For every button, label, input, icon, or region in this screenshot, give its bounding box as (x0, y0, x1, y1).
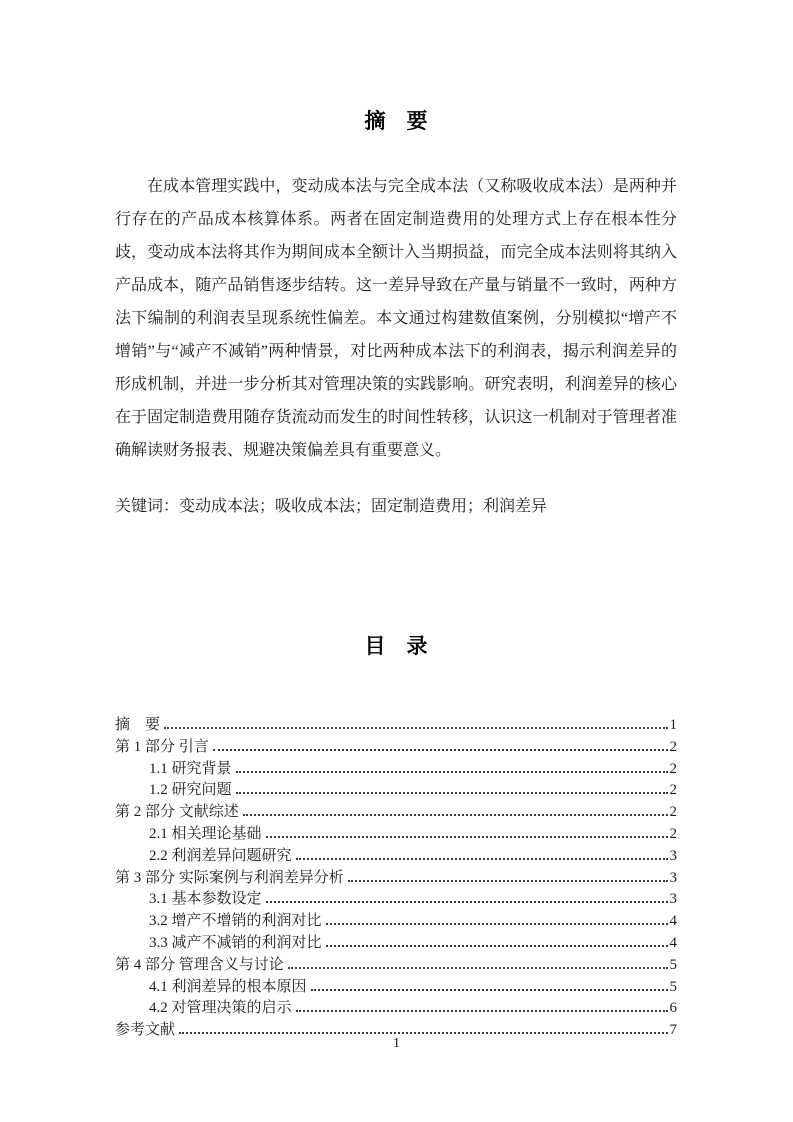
toc-entry-2-1: 2.1 相关理论基础 2 (115, 824, 677, 846)
toc-leader-dots (266, 836, 668, 838)
toc-entry-page: 2 (670, 737, 678, 759)
toc-entry-label: 4.1 利润差异的根本原因 (149, 977, 307, 999)
toc-leader-dots (296, 858, 668, 860)
toc-entry-page: 4 (670, 933, 678, 955)
toc-entry-2-2: 2.2 利润差异问题研究 3 (115, 846, 677, 868)
toc-entry-label: 3.2 增产不增销的利润对比 (149, 911, 322, 933)
toc-entry-label: 2.1 相关理论基础 (149, 824, 262, 846)
toc-entry-page: 3 (670, 868, 678, 890)
toc-entry-part2: 第 2 部分 文献综述 2 (115, 802, 677, 824)
toc-entry-label: 1.2 研究问题 (149, 780, 232, 802)
toc-title: 目 录 (115, 631, 677, 661)
toc-entry-page: 4 (670, 911, 678, 933)
toc-entry-1-1: 1.1 研究背景 2 (115, 759, 677, 781)
toc-entry-page: 5 (670, 977, 678, 999)
toc-entry-label: 2.2 利润差异问题研究 (149, 846, 292, 868)
toc-entry-part4: 第 4 部分 管理含义与讨论 5 (115, 955, 677, 977)
toc-leader-dots (326, 945, 668, 947)
abstract-paragraph: 在成本管理实践中，变动成本法与完全成本法（又称吸收成本法）是两种并行存在的产品成… (115, 170, 677, 467)
toc-entry-part3: 第 3 部分 实际案例与利润差异分析 3 (115, 868, 677, 890)
document-page: 摘 要 在成本管理实践中，变动成本法与完全成本法（又称吸收成本法）是两种并行存在… (0, 0, 793, 1122)
toc-leader-dots (311, 989, 668, 991)
toc-entry-1-2: 1.2 研究问题 2 (115, 780, 677, 802)
toc-entry-page: 5 (670, 955, 678, 977)
toc-list: 摘 要 1 第 1 部分 引言 2 1.1 研究背景 2 1.2 研究问题 2 … (115, 715, 677, 1042)
toc-entry-page: 2 (670, 780, 678, 802)
toc-entry-page: 2 (670, 759, 678, 781)
toc-entry-page: 3 (670, 846, 678, 868)
toc-entry-label: 3.1 基本参数设定 (149, 889, 262, 911)
toc-leader-dots (348, 880, 668, 882)
toc-entry-4-1: 4.1 利润差异的根本原因 5 (115, 977, 677, 999)
toc-entry-label: 第 1 部分 引言 (115, 737, 209, 759)
toc-entry-3-1: 3.1 基本参数设定 3 (115, 889, 677, 911)
toc-entry-page: 6 (670, 998, 678, 1020)
toc-leader-dots (288, 967, 668, 969)
toc-entry-part1: 第 1 部分 引言 2 (115, 737, 677, 759)
toc-entry-3-2: 3.2 增产不增销的利润对比 4 (115, 911, 677, 933)
toc-entry-label: 第 2 部分 文献综述 (115, 802, 239, 824)
toc-entry-page: 2 (670, 802, 678, 824)
toc-entry-label: 第 3 部分 实际案例与利润差异分析 (115, 868, 344, 890)
abstract-title: 摘 要 (115, 106, 677, 136)
toc-leader-dots (266, 901, 668, 903)
toc-leader-dots (236, 771, 668, 773)
toc-entry-page: 1 (670, 715, 678, 737)
toc-entry-page: 3 (670, 889, 678, 911)
toc-entry-label: 1.1 研究背景 (149, 759, 232, 781)
toc-entry-page: 2 (670, 824, 678, 846)
toc-leader-dots (236, 792, 668, 794)
toc-entry-label: 摘 要 (115, 715, 160, 737)
toc-leader-dots (296, 1010, 668, 1012)
toc-leader-dots (179, 1032, 667, 1034)
toc-entry-label: 3.3 减产不减销的利润对比 (149, 933, 322, 955)
toc-leader-dots (164, 727, 667, 729)
toc-leader-dots (243, 814, 668, 816)
toc-entry-label: 第 4 部分 管理含义与讨论 (115, 955, 284, 977)
toc-entry-label: 4.2 对管理决策的启示 (149, 998, 292, 1020)
keywords-line: 关键词：变动成本法；吸收成本法；固定制造费用；利润差异 (115, 490, 677, 523)
toc-leader-dots (326, 923, 668, 925)
toc-leader-dots (213, 749, 668, 751)
toc-entry-3-3: 3.3 减产不减销的利润对比 4 (115, 933, 677, 955)
toc-entry-4-2: 4.2 对管理决策的启示 6 (115, 998, 677, 1020)
toc-entry-abstract: 摘 要 1 (115, 715, 677, 737)
page-number-footer: 1 (0, 1036, 793, 1052)
